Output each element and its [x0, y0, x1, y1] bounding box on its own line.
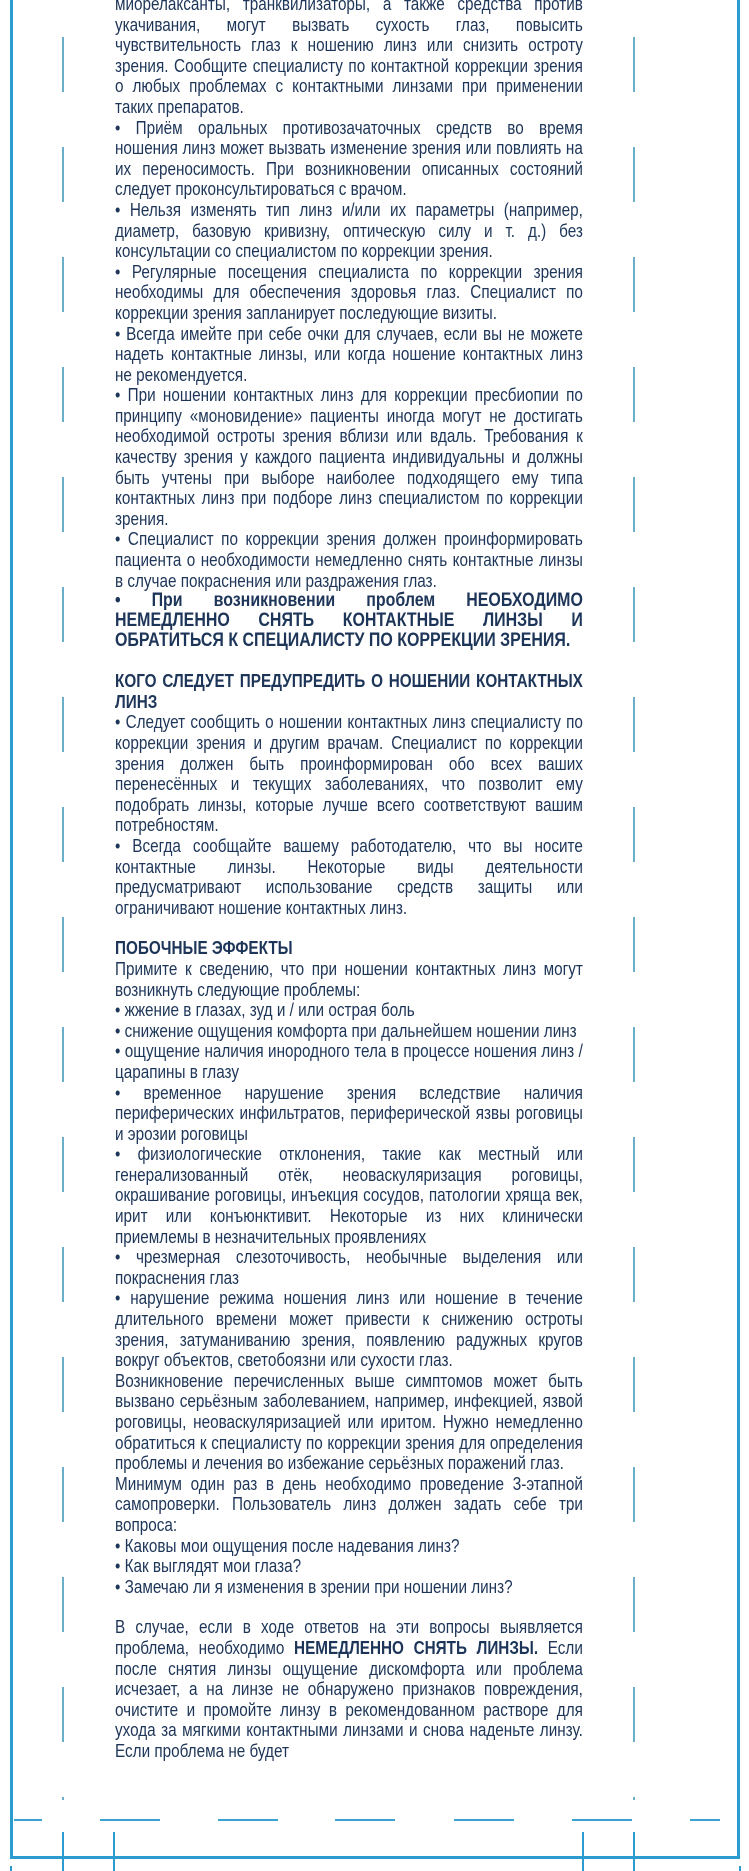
left-cut-dash: [62, 1467, 64, 1522]
right-cut-dash: [633, 477, 635, 532]
bottom-cut-dash: [100, 1819, 160, 1821]
left-cut-dash: [62, 37, 64, 92]
right-cut-dash: [633, 1247, 635, 1302]
side-effect-item: • временное нарушение зрения вследствие …: [115, 1083, 583, 1145]
left-cut-dash: [62, 917, 64, 972]
frame-bottom-border: [10, 1856, 740, 1859]
left-cut-dash: [62, 1797, 64, 1800]
trim-line-4: [633, 1832, 635, 1871]
leaflet-text: миорелаксанты, транквилизаторы, а также …: [115, 0, 583, 1762]
precaution-item: • Регулярные посещения специалиста по ко…: [115, 262, 583, 324]
side-effect-item: • физиологические отклонения, такие как …: [115, 1144, 583, 1247]
bottom-cut-dash: [335, 1819, 395, 1821]
right-cut-dash: [633, 1357, 635, 1412]
left-cut-dash: [62, 1577, 64, 1632]
left-cut-dash: [62, 477, 64, 532]
left-cut-dash: [62, 367, 64, 422]
trim-line-2: [113, 1832, 115, 1871]
serious-symptoms-paragraph: Возникновение перечисленных выше симптом…: [115, 1371, 583, 1474]
right-cut-dash: [633, 917, 635, 972]
inform-item: • Всегда сообщайте вашему работодателю, …: [115, 836, 583, 918]
section-heading-inform: КОГО СЛЕДУЕТ ПРЕДУПРЕДИТЬ О НОШЕНИИ КОНТ…: [115, 671, 583, 712]
right-cut-dash: [633, 37, 635, 92]
side-effect-item: • ощущение наличия инородного тела в про…: [115, 1041, 583, 1082]
side-effects-intro: Примите к сведению, что при ношении конт…: [115, 959, 583, 1000]
self-check-question: • Как выглядят мои глаза?: [115, 1556, 583, 1577]
right-cut-dash: [633, 1137, 635, 1192]
self-check-paragraph: Минимум один раз в день необходимо прове…: [115, 1474, 583, 1536]
left-cut-dash: [62, 1247, 64, 1302]
corner-mark-right: [739, 1866, 741, 1871]
frame-right-border: [737, 0, 740, 1858]
final-bold-warning: НЕМЕДЛЕННО СНЯТЬ ЛИНЗЫ.: [294, 1638, 538, 1658]
bottom-cut-dash: [218, 1819, 278, 1821]
top-continuation: миорелаксанты, транквилизаторы, а также …: [115, 0, 583, 118]
left-cut-dash: [62, 587, 64, 642]
right-cut-dash: [633, 807, 635, 862]
final-paragraph: В случае, если в ходе ответов на эти воп…: [115, 1617, 583, 1761]
precaution-item: • При ношении контактных линз для коррек…: [115, 385, 583, 529]
spacer: [115, 1597, 583, 1617]
side-effect-item: • жжение в глазах, зуд и / или острая бо…: [115, 1000, 583, 1021]
side-effect-item: • нарушение режима ношения линз или ноше…: [115, 1288, 583, 1370]
self-check-question: • Замечаю ли я изменения в зрении при но…: [115, 1577, 583, 1598]
right-cut-dash: [633, 147, 635, 202]
right-cut-dash: [633, 1027, 635, 1082]
left-cut-dash: [62, 1027, 64, 1082]
right-cut-dash: [633, 1467, 635, 1522]
side-effect-item: • снижение ощущения комфорта при дальней…: [115, 1021, 583, 1042]
right-cut-dash: [633, 257, 635, 312]
self-check-question: • Каковы мои ощущения после надевания ли…: [115, 1536, 583, 1557]
precaution-item: • Нельзя изменять тип линз и/или их пара…: [115, 200, 583, 262]
right-cut-dash: [633, 1797, 635, 1800]
left-cut-dash: [62, 1687, 64, 1742]
precaution-item: • Всегда имейте при себе очки для случае…: [115, 324, 583, 386]
bottom-cut-dash: [572, 1819, 632, 1821]
side-effect-item: • чрезмерная слезоточивость, необычные в…: [115, 1247, 583, 1288]
precaution-item: • Специалист по коррекции зрения должен …: [115, 529, 583, 591]
right-cut-dash: [633, 697, 635, 752]
left-cut-dash: [62, 697, 64, 752]
bottom-cut-dash: [14, 1819, 42, 1821]
precaution-item: • Приём оральных противозачаточных средс…: [115, 118, 583, 200]
bottom-cut-dash: [690, 1819, 720, 1821]
right-cut-dash: [633, 367, 635, 422]
corner-mark-left: [10, 1866, 12, 1871]
left-cut-dash: [62, 807, 64, 862]
left-cut-dash: [62, 147, 64, 202]
inform-item: • Следует сообщить о ношении контактных …: [115, 712, 583, 836]
trim-line-3: [582, 1832, 584, 1871]
section-heading-side-effects: ПОБОЧНЫЕ ЭФФЕКТЫ: [115, 938, 583, 959]
left-cut-dash: [62, 257, 64, 312]
right-cut-dash: [633, 1577, 635, 1632]
bottom-cut-dash: [454, 1819, 514, 1821]
left-cut-dash: [62, 1357, 64, 1412]
right-cut-dash: [633, 587, 635, 642]
frame-left-border: [10, 0, 13, 1858]
left-cut-dash: [62, 1137, 64, 1192]
warning-remove-lenses: • При возникновении проблем НЕОБХОДИМО Н…: [115, 591, 583, 651]
trim-line-1: [62, 1832, 64, 1871]
right-cut-dash: [633, 1687, 635, 1742]
